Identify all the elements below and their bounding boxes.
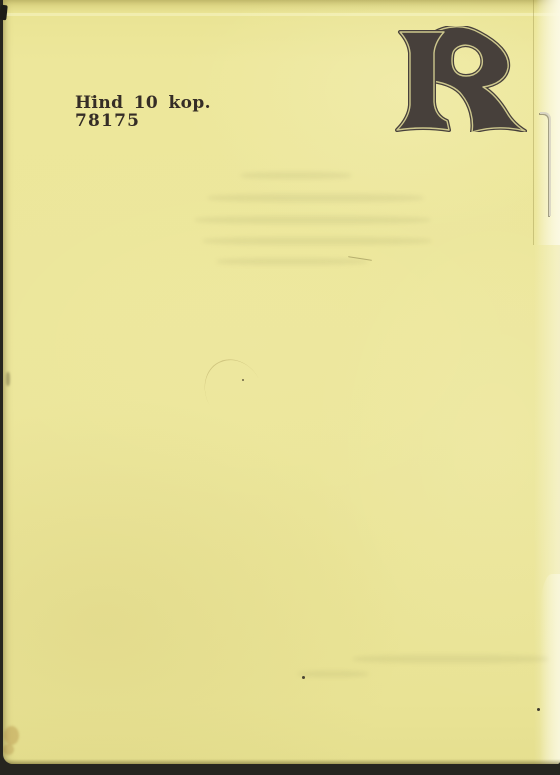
lr-monogram-icon	[392, 26, 529, 132]
show-through-smudge	[217, 258, 367, 265]
stain	[4, 726, 19, 745]
catalog-number: 78175	[75, 112, 211, 130]
staple	[540, 112, 551, 216]
edge-stain	[6, 372, 10, 386]
paper-top-shading	[3, 0, 560, 13]
show-through-smudge	[298, 671, 368, 677]
lr-logo	[392, 26, 529, 132]
speck	[242, 379, 244, 381]
scanned-page: Hind 10 kop. 78175	[0, 0, 560, 775]
show-through-smudge	[203, 237, 431, 245]
imprint-text-block: Hind 10 kop. 78175	[75, 94, 211, 130]
paper-bottom-shading	[3, 759, 560, 764]
fold-line	[3, 13, 560, 16]
edge-crease-line	[533, 0, 534, 245]
show-through-smudge	[208, 194, 423, 202]
show-through-smudge	[241, 172, 351, 179]
show-through-smudge	[353, 655, 548, 663]
speck	[537, 708, 540, 711]
speck	[302, 676, 305, 679]
page-edge-highlight-bottom	[540, 574, 560, 764]
price-text: Hind 10 kop.	[75, 94, 211, 112]
show-through-smudge	[195, 216, 430, 224]
crease-scratch	[194, 349, 261, 408]
stain	[3, 744, 14, 755]
paper-back-cover: Hind 10 kop. 78175	[3, 0, 560, 764]
lr-logo-letter-r	[432, 27, 525, 132]
